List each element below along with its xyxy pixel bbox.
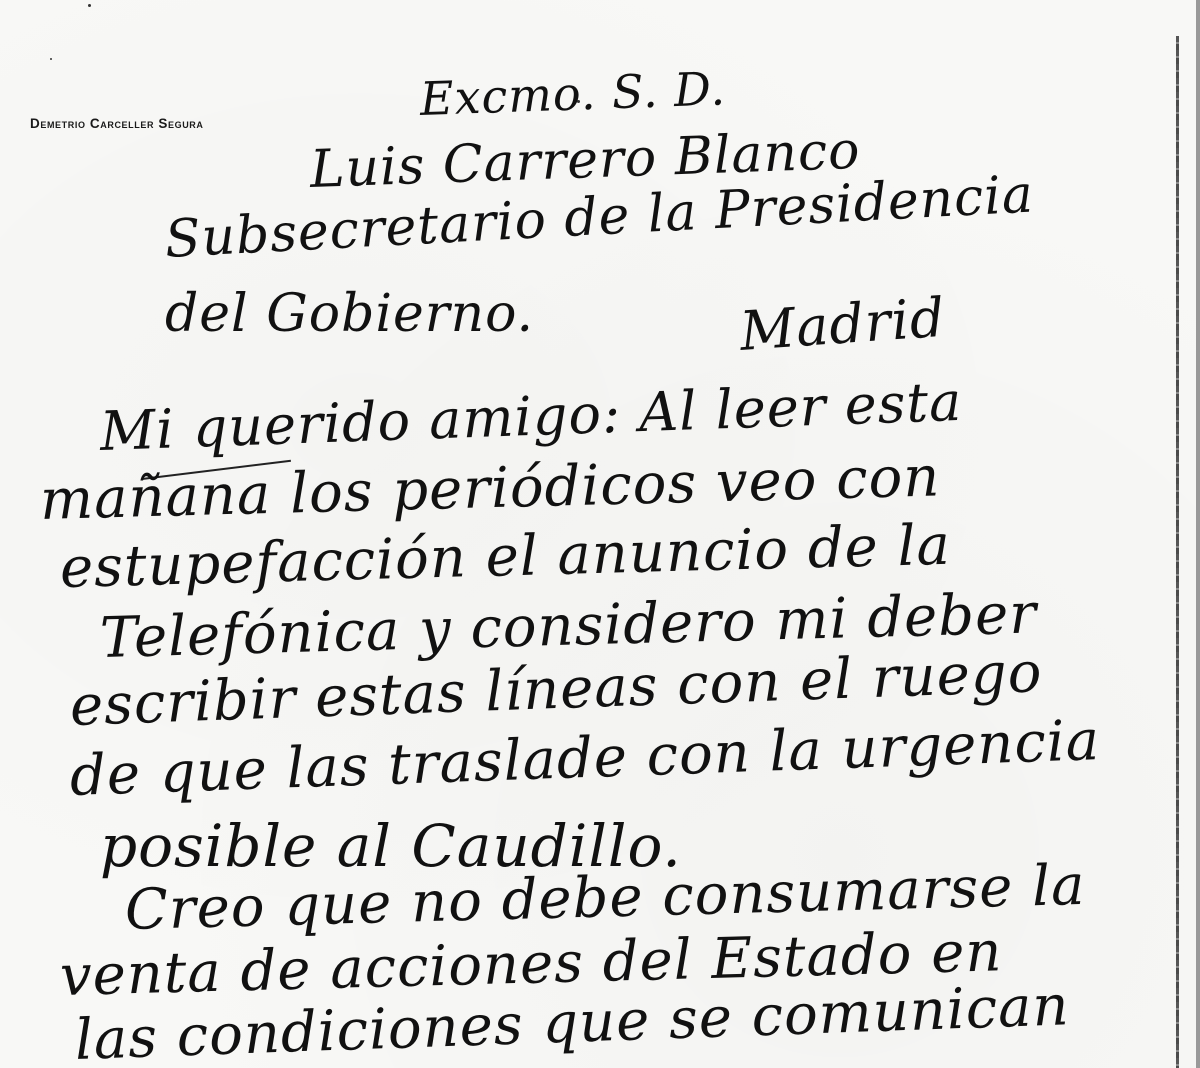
page-border-line (1176, 36, 1179, 1068)
page-edge (1196, 0, 1200, 1068)
letterhead-name: Demetrio Carceller Segura (30, 116, 204, 131)
ink-speck (88, 4, 91, 7)
ink-speck (50, 58, 52, 60)
salutation-line: Excmo. S. D. (419, 61, 727, 126)
letter-page: Demetrio Carceller Segura Excmo. S. D. L… (0, 0, 1200, 1068)
city-line: Madrid (738, 286, 948, 363)
recipient-title-line-2: del Gobierno. (165, 284, 534, 344)
